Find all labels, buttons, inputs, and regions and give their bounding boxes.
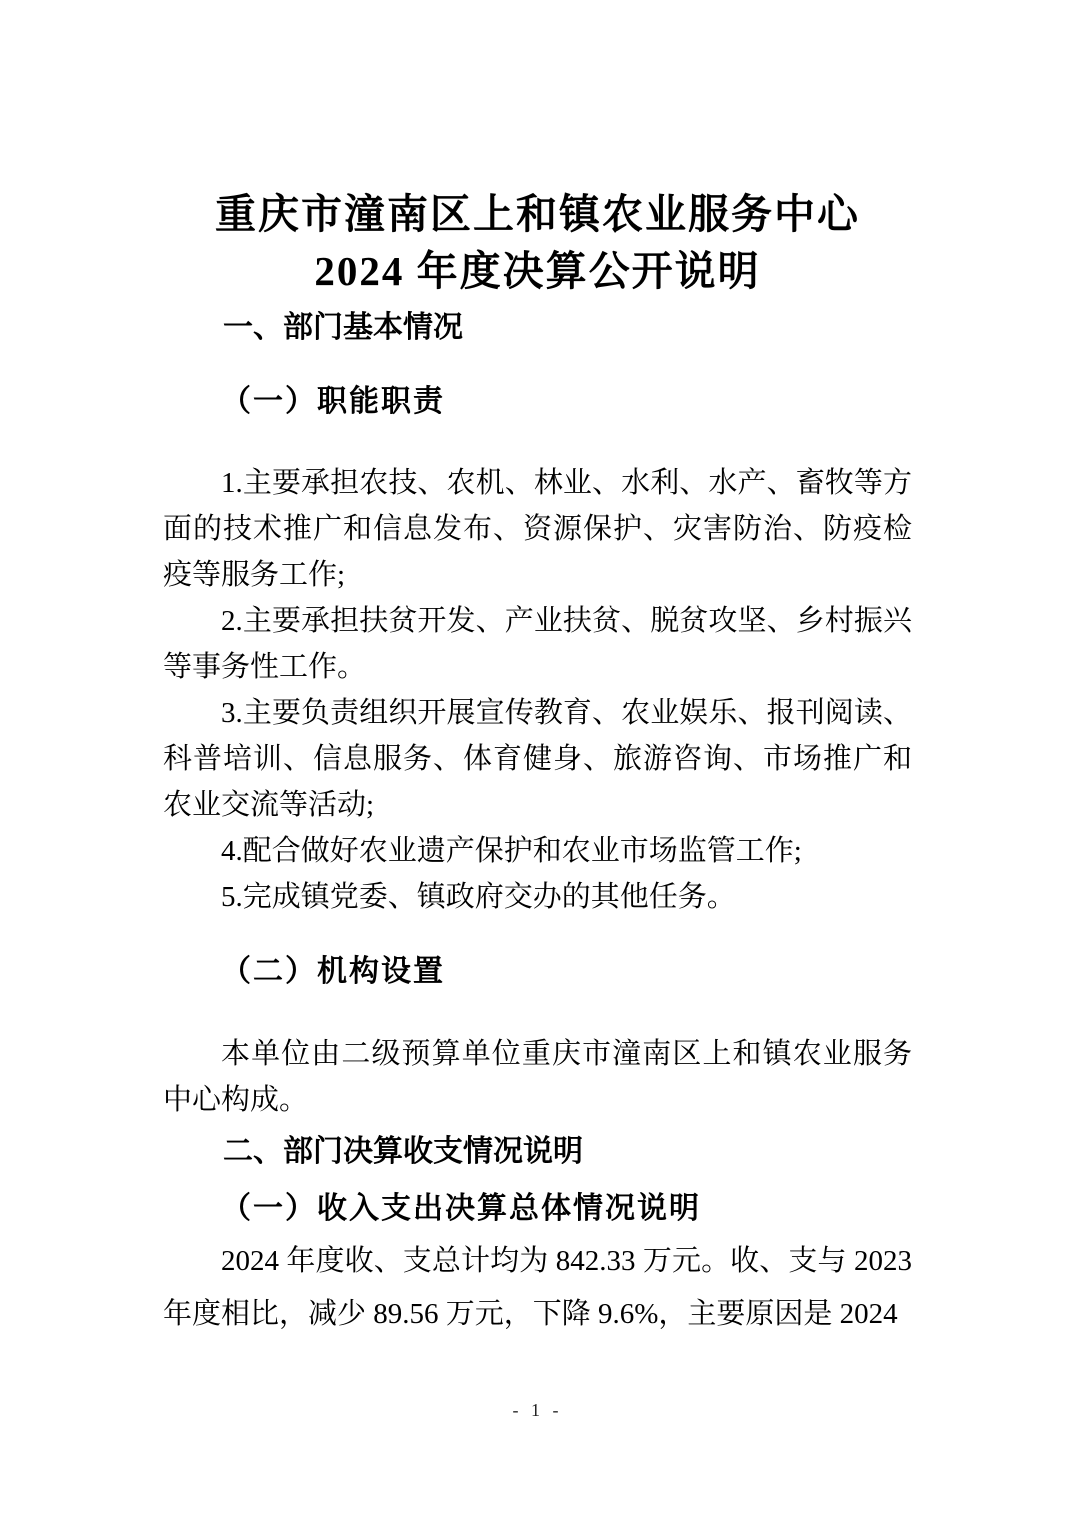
document-title-line-1: 重庆市潼南区上和镇农业服务中心: [163, 186, 912, 243]
body-paragraph-duty-5: 5.完成镇党委、镇政府交办的其他任务。: [163, 874, 912, 920]
body-paragraph-duty-3: 3.主要负责组织开展宣传教育、农业娱乐、报刊阅读、科普培训、信息服务、体育健身、…: [163, 690, 912, 828]
body-paragraph-organization: 本单位由二级预算单位重庆市潼南区上和镇农业服务中心构成。: [163, 1031, 912, 1123]
body-paragraph-duty-1: 1.主要承担农技、农机、林业、水利、水产、畜牧等方面的技术推广和信息发布、资源保…: [163, 460, 912, 598]
document-content: 重庆市潼南区上和镇农业服务中心 2024 年度决算公开说明 一、部门基本情况 （…: [163, 0, 912, 1341]
body-paragraph-duty-4: 4.配合做好农业遗产保护和农业市场监管工作;: [163, 828, 912, 874]
body-paragraph-duty-2: 2.主要承担扶贫开发、产业扶贫、脱贫攻坚、乡村振兴等事务性工作。: [163, 598, 912, 690]
subsection-heading-overall-statement: （一）收入支出决算总体情况说明: [163, 1189, 912, 1229]
document-title-line-2: 2024 年度决算公开说明: [163, 243, 912, 300]
body-paragraph-totals: 2024 年度收、支总计均为 842.33 万元。收、支与 2023 年度相比，…: [163, 1235, 912, 1341]
page-number: - 1 -: [0, 1400, 1075, 1421]
document-page: 重庆市潼南区上和镇农业服务中心 2024 年度决算公开说明 一、部门基本情况 （…: [0, 0, 1075, 1520]
subsection-heading-duties: （一）职能职责: [163, 382, 912, 422]
subsection-heading-organization: （二）机构设置: [163, 952, 912, 992]
section-heading-basic-info: 一、部门基本情况: [163, 308, 912, 348]
section-heading-final-accounts: 二、部门决算收支情况说明: [163, 1132, 912, 1172]
